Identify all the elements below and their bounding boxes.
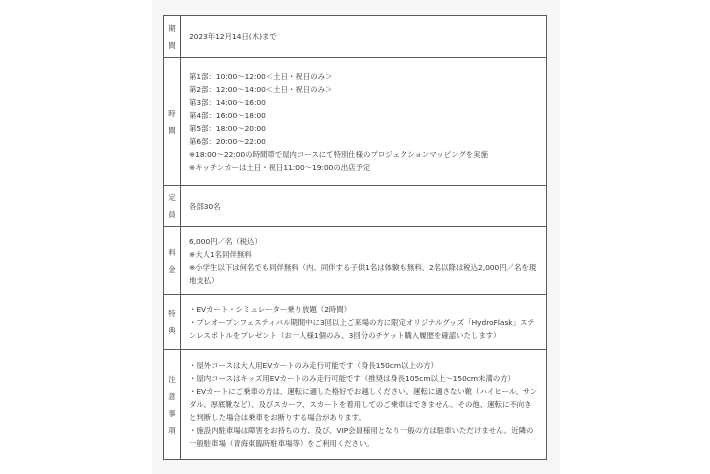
label-benefits: 特 典	[164, 295, 181, 350]
text-line: 第3部：14:00〜16:00	[189, 96, 538, 109]
text-line: 第5部：18:00〜20:00	[189, 122, 538, 135]
text-line: 各部30名	[189, 200, 538, 213]
label-notes: 注 意 事 項	[164, 350, 181, 460]
value-price: 6,000円／名（税込） ※大人1名同伴無料 ※小学生以下は何名でも同伴無料（内…	[181, 227, 547, 295]
label-price: 料 金	[164, 227, 181, 295]
text-line: 第6部：20:00〜22:00	[189, 135, 538, 148]
text-line: ・プレオープンフェスティバル期間中に3回以上ご来場の方に限定オリジナルグッズ「H…	[189, 316, 538, 342]
text-line: 第1部：10:00〜12:00＜土日・祝日のみ＞	[189, 70, 538, 83]
label-char: 典	[164, 322, 180, 339]
label-char: 注	[164, 371, 180, 388]
row-notes: 注 意 事 項 ・屋外コースは大人用EVカートのみ走行可能です（身長150cm以…	[164, 350, 547, 460]
row-price: 料 金 6,000円／名（税込） ※大人1名同伴無料 ※小学生以下は何名でも同伴…	[164, 227, 547, 295]
text-line: ・施設内駐車場は障害をお持ちの方、及び、VIP会員様用となり一般の方は駐車いただ…	[189, 424, 538, 450]
text-line: 6,000円／名（税込）	[189, 235, 538, 248]
value-notes: ・屋外コースは大人用EVカートのみ走行可能です（身長150cm以上の方） ・屋内…	[181, 350, 547, 460]
label-char: 時	[164, 105, 180, 122]
label-char: 特	[164, 305, 180, 322]
label-time: 時 間	[164, 58, 181, 186]
label-char: 事	[164, 405, 180, 422]
value-time: 第1部：10:00〜12:00＜土日・祝日のみ＞ 第2部：12:00〜14:00…	[181, 58, 547, 186]
label-char: 間	[164, 122, 180, 139]
value-period: 2023年12月14日(木)まで	[181, 16, 547, 58]
label-char: 期	[164, 20, 180, 37]
event-info-table-wrapper: 期 間 2023年12月14日(木)まで 時 間 第1部：10:00〜12:00…	[163, 15, 547, 460]
text-line: 第2部：12:00〜14:00＜土日・祝日のみ＞	[189, 83, 538, 96]
value-benefits: ・EVカート・シミュレーター乗り放題（2時間） ・プレオープンフェスティバル期間…	[181, 295, 547, 350]
text-line: ※小学生以下は何名でも同伴無料（内、同伴する子供1名は体験も無料、2名以降は税込…	[189, 261, 538, 287]
label-char: 意	[164, 388, 180, 405]
text-line: ※キッチンカーは土日・祝日11:00〜19:00の出店予定	[189, 161, 538, 174]
label-char: 定	[164, 189, 180, 206]
text-line: ※大人1名同伴無料	[189, 248, 538, 261]
label-char: 料	[164, 244, 180, 261]
text-line: 第4部：16:00〜18:00	[189, 109, 538, 122]
text-line: ※18:00〜22:00の時間帯で屋内コースにて特別仕様のプロジェクションマッピ…	[189, 148, 538, 161]
label-char: 間	[164, 37, 180, 54]
label-capacity: 定 員	[164, 186, 181, 227]
label-char: 金	[164, 261, 180, 278]
row-period: 期 間 2023年12月14日(木)まで	[164, 16, 547, 58]
event-info-table: 期 間 2023年12月14日(木)まで 時 間 第1部：10:00〜12:00…	[163, 15, 547, 460]
text-line: ・屋内コースはキッズ用EVカートのみ走行可能です（推奨は身長105cm以上〜15…	[189, 372, 538, 385]
row-capacity: 定 員 各部30名	[164, 186, 547, 227]
label-char: 項	[164, 422, 180, 439]
text-line: ・EVカート・シミュレーター乗り放題（2時間）	[189, 303, 538, 316]
label-char: 員	[164, 206, 180, 223]
row-benefits: 特 典 ・EVカート・シミュレーター乗り放題（2時間） ・プレオープンフェスティ…	[164, 295, 547, 350]
row-time: 時 間 第1部：10:00〜12:00＜土日・祝日のみ＞ 第2部：12:00〜1…	[164, 58, 547, 186]
value-capacity: 各部30名	[181, 186, 547, 227]
label-period: 期 間	[164, 16, 181, 58]
text-line: ・EVカートにご乗車の方は、運転に適した格好でお越しください。運転に適さない靴（…	[189, 385, 538, 424]
text-line: 2023年12月14日(木)まで	[189, 30, 538, 43]
text-line: ・屋外コースは大人用EVカートのみ走行可能です（身長150cm以上の方）	[189, 359, 538, 372]
